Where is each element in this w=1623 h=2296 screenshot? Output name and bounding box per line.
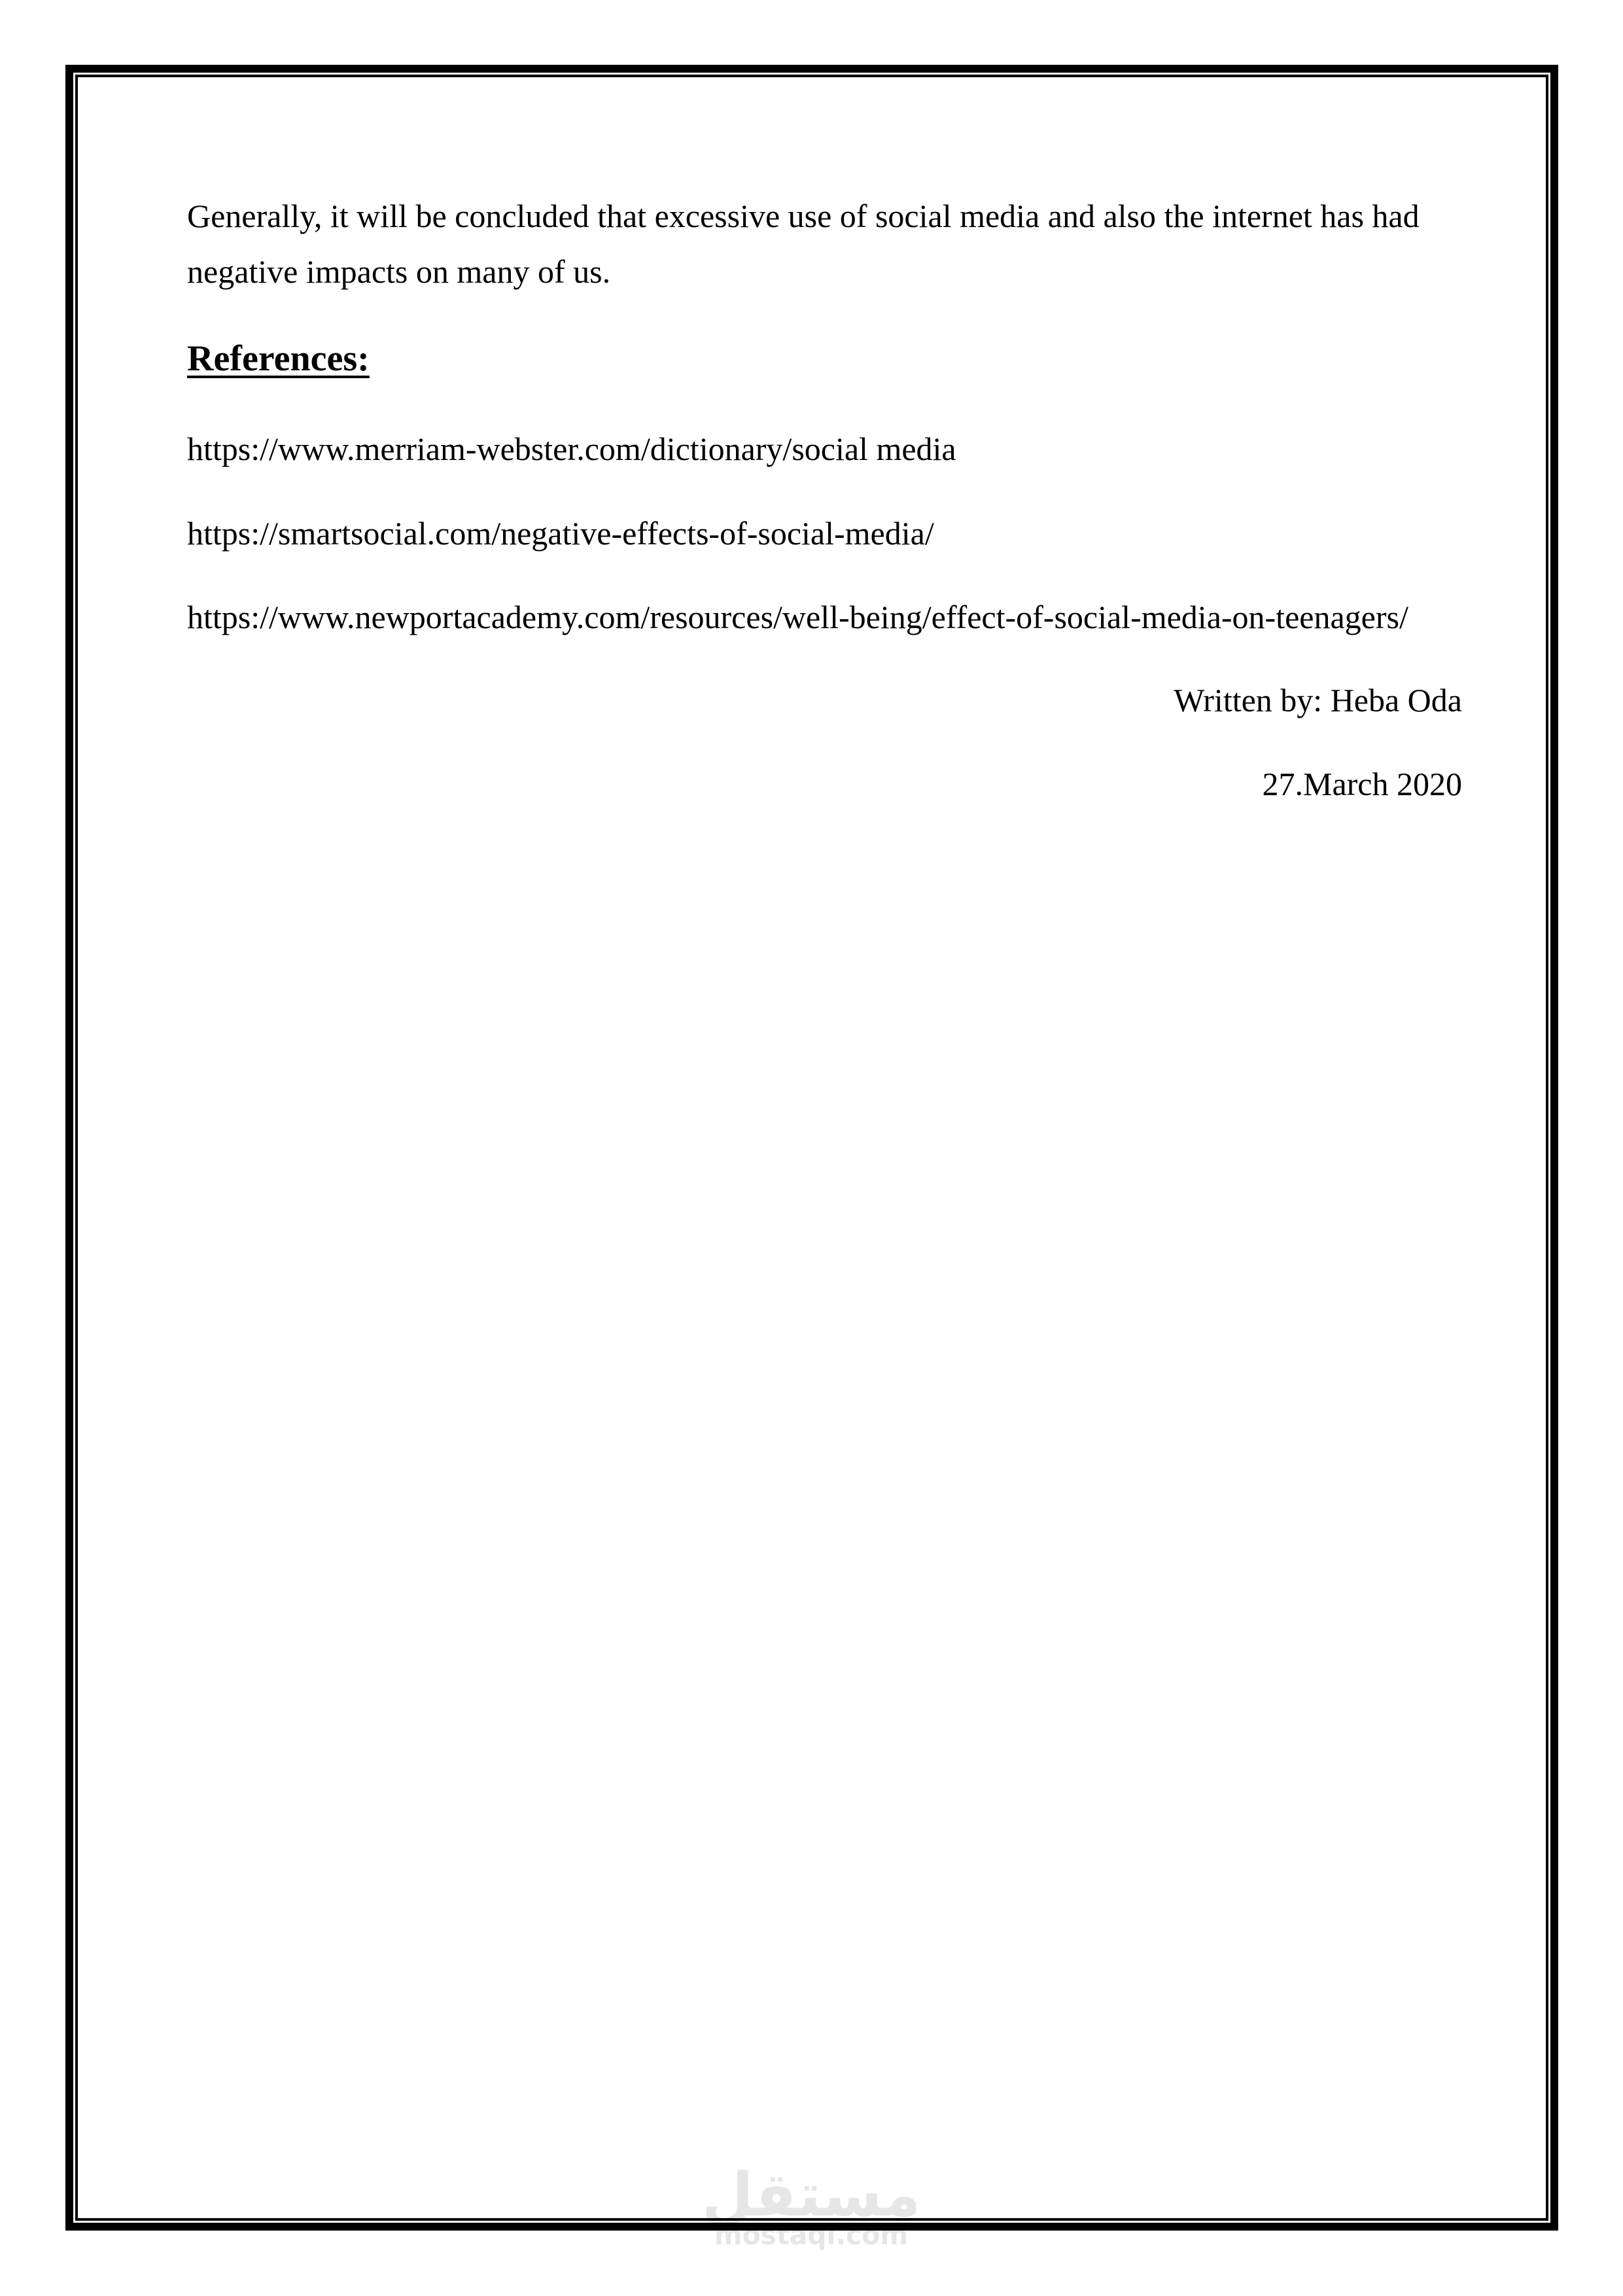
page-border-outer <box>65 65 1558 2231</box>
mostaql-logo-icon: مستقل mostaql.com <box>707 2153 916 2251</box>
document-page: Generally, it will be concluded that exc… <box>0 0 1623 2296</box>
references-heading: References: <box>187 340 370 377</box>
mostaql-watermark: مستقل mostaql.com <box>707 2153 916 2251</box>
conclusion-line-2: negative impacts on many of us. <box>187 255 610 288</box>
watermark-site-text: mostaql.com <box>714 2219 908 2251</box>
page-border-inner <box>75 75 1548 2221</box>
reference-link-1: https://www.merriam-webster.com/dictiona… <box>187 433 956 465</box>
document-date: 27.March 2020 <box>1263 768 1463 800</box>
conclusion-line-1: Generally, it will be concluded that exc… <box>187 200 1420 232</box>
reference-link-3: https://www.newportacademy.com/resources… <box>187 601 1408 633</box>
author-signature: Written by: Heba Oda <box>1174 684 1462 716</box>
reference-link-2: https://smartsocial.com/negative-effects… <box>187 517 934 550</box>
